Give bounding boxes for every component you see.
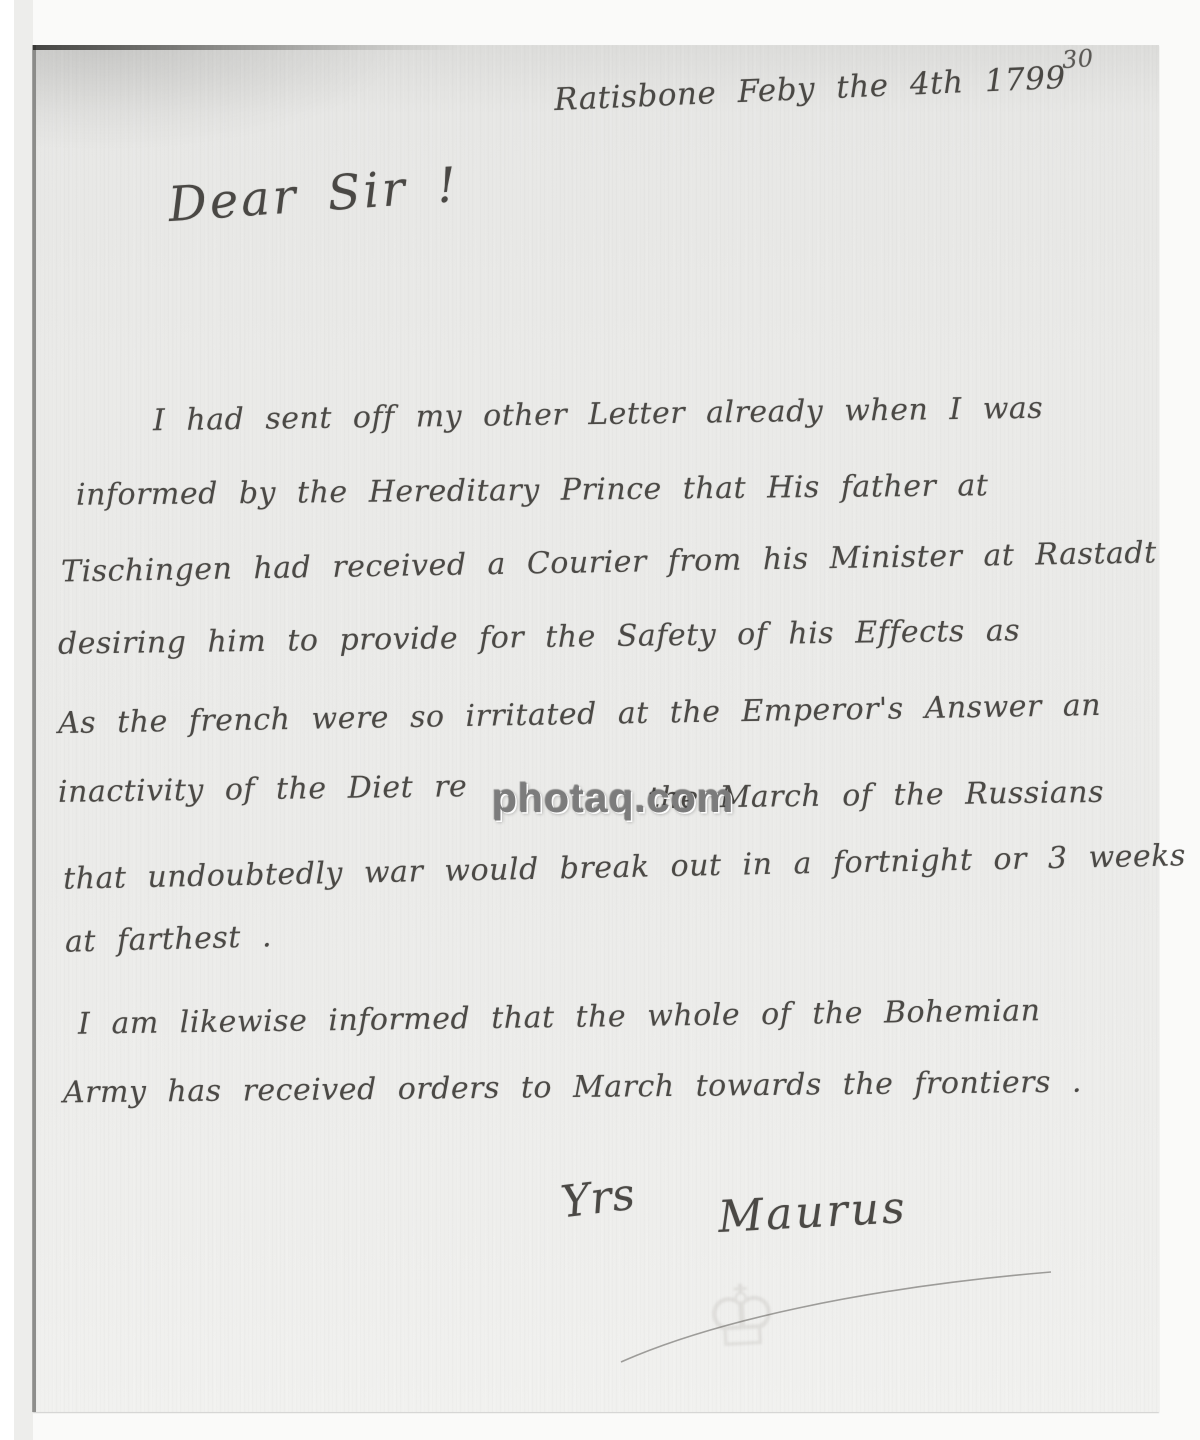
body-line-6-before-watermark: inactivity of the Diet re <box>58 769 468 810</box>
letter-page: Ratisbone Feby the 4th 1799 30 Dear Sir … <box>33 45 1159 1412</box>
signature-closing: Yrs <box>558 1169 638 1229</box>
body-line-1: I had sent off my other Letter already w… <box>153 391 1044 438</box>
photaq-watermark: photaq.com <box>492 775 734 822</box>
body-line-4: desiring him to provide for the Safety o… <box>58 613 1021 661</box>
body-line-5: As the french were so irritated at the E… <box>58 688 1102 741</box>
salutation: Dear Sir ! <box>166 157 461 233</box>
letter-scan: Ratisbone Feby the 4th 1799 30 Dear Sir … <box>0 0 1200 1440</box>
body-line-10: Army has received orders to March toward… <box>63 1065 1082 1111</box>
body-line-8: at farthest . <box>65 919 273 959</box>
body-line-3: Tischingen had received a Courier from h… <box>61 535 1157 589</box>
dateline: Ratisbone Feby the 4th 1799 <box>553 60 1066 118</box>
body-line-2: informed by the Hereditary Prince that H… <box>76 468 989 513</box>
signature-name: Maurus <box>717 1182 909 1243</box>
body-line-9: I am likewise informed that the whole of… <box>78 993 1041 1041</box>
page-number: 30 <box>1061 44 1094 74</box>
signature-flourish <box>591 1240 1071 1370</box>
crown-seal-icon: ♔ <box>701 1265 781 1367</box>
body-line-7: that undoubtedly war would break out in … <box>63 838 1186 897</box>
